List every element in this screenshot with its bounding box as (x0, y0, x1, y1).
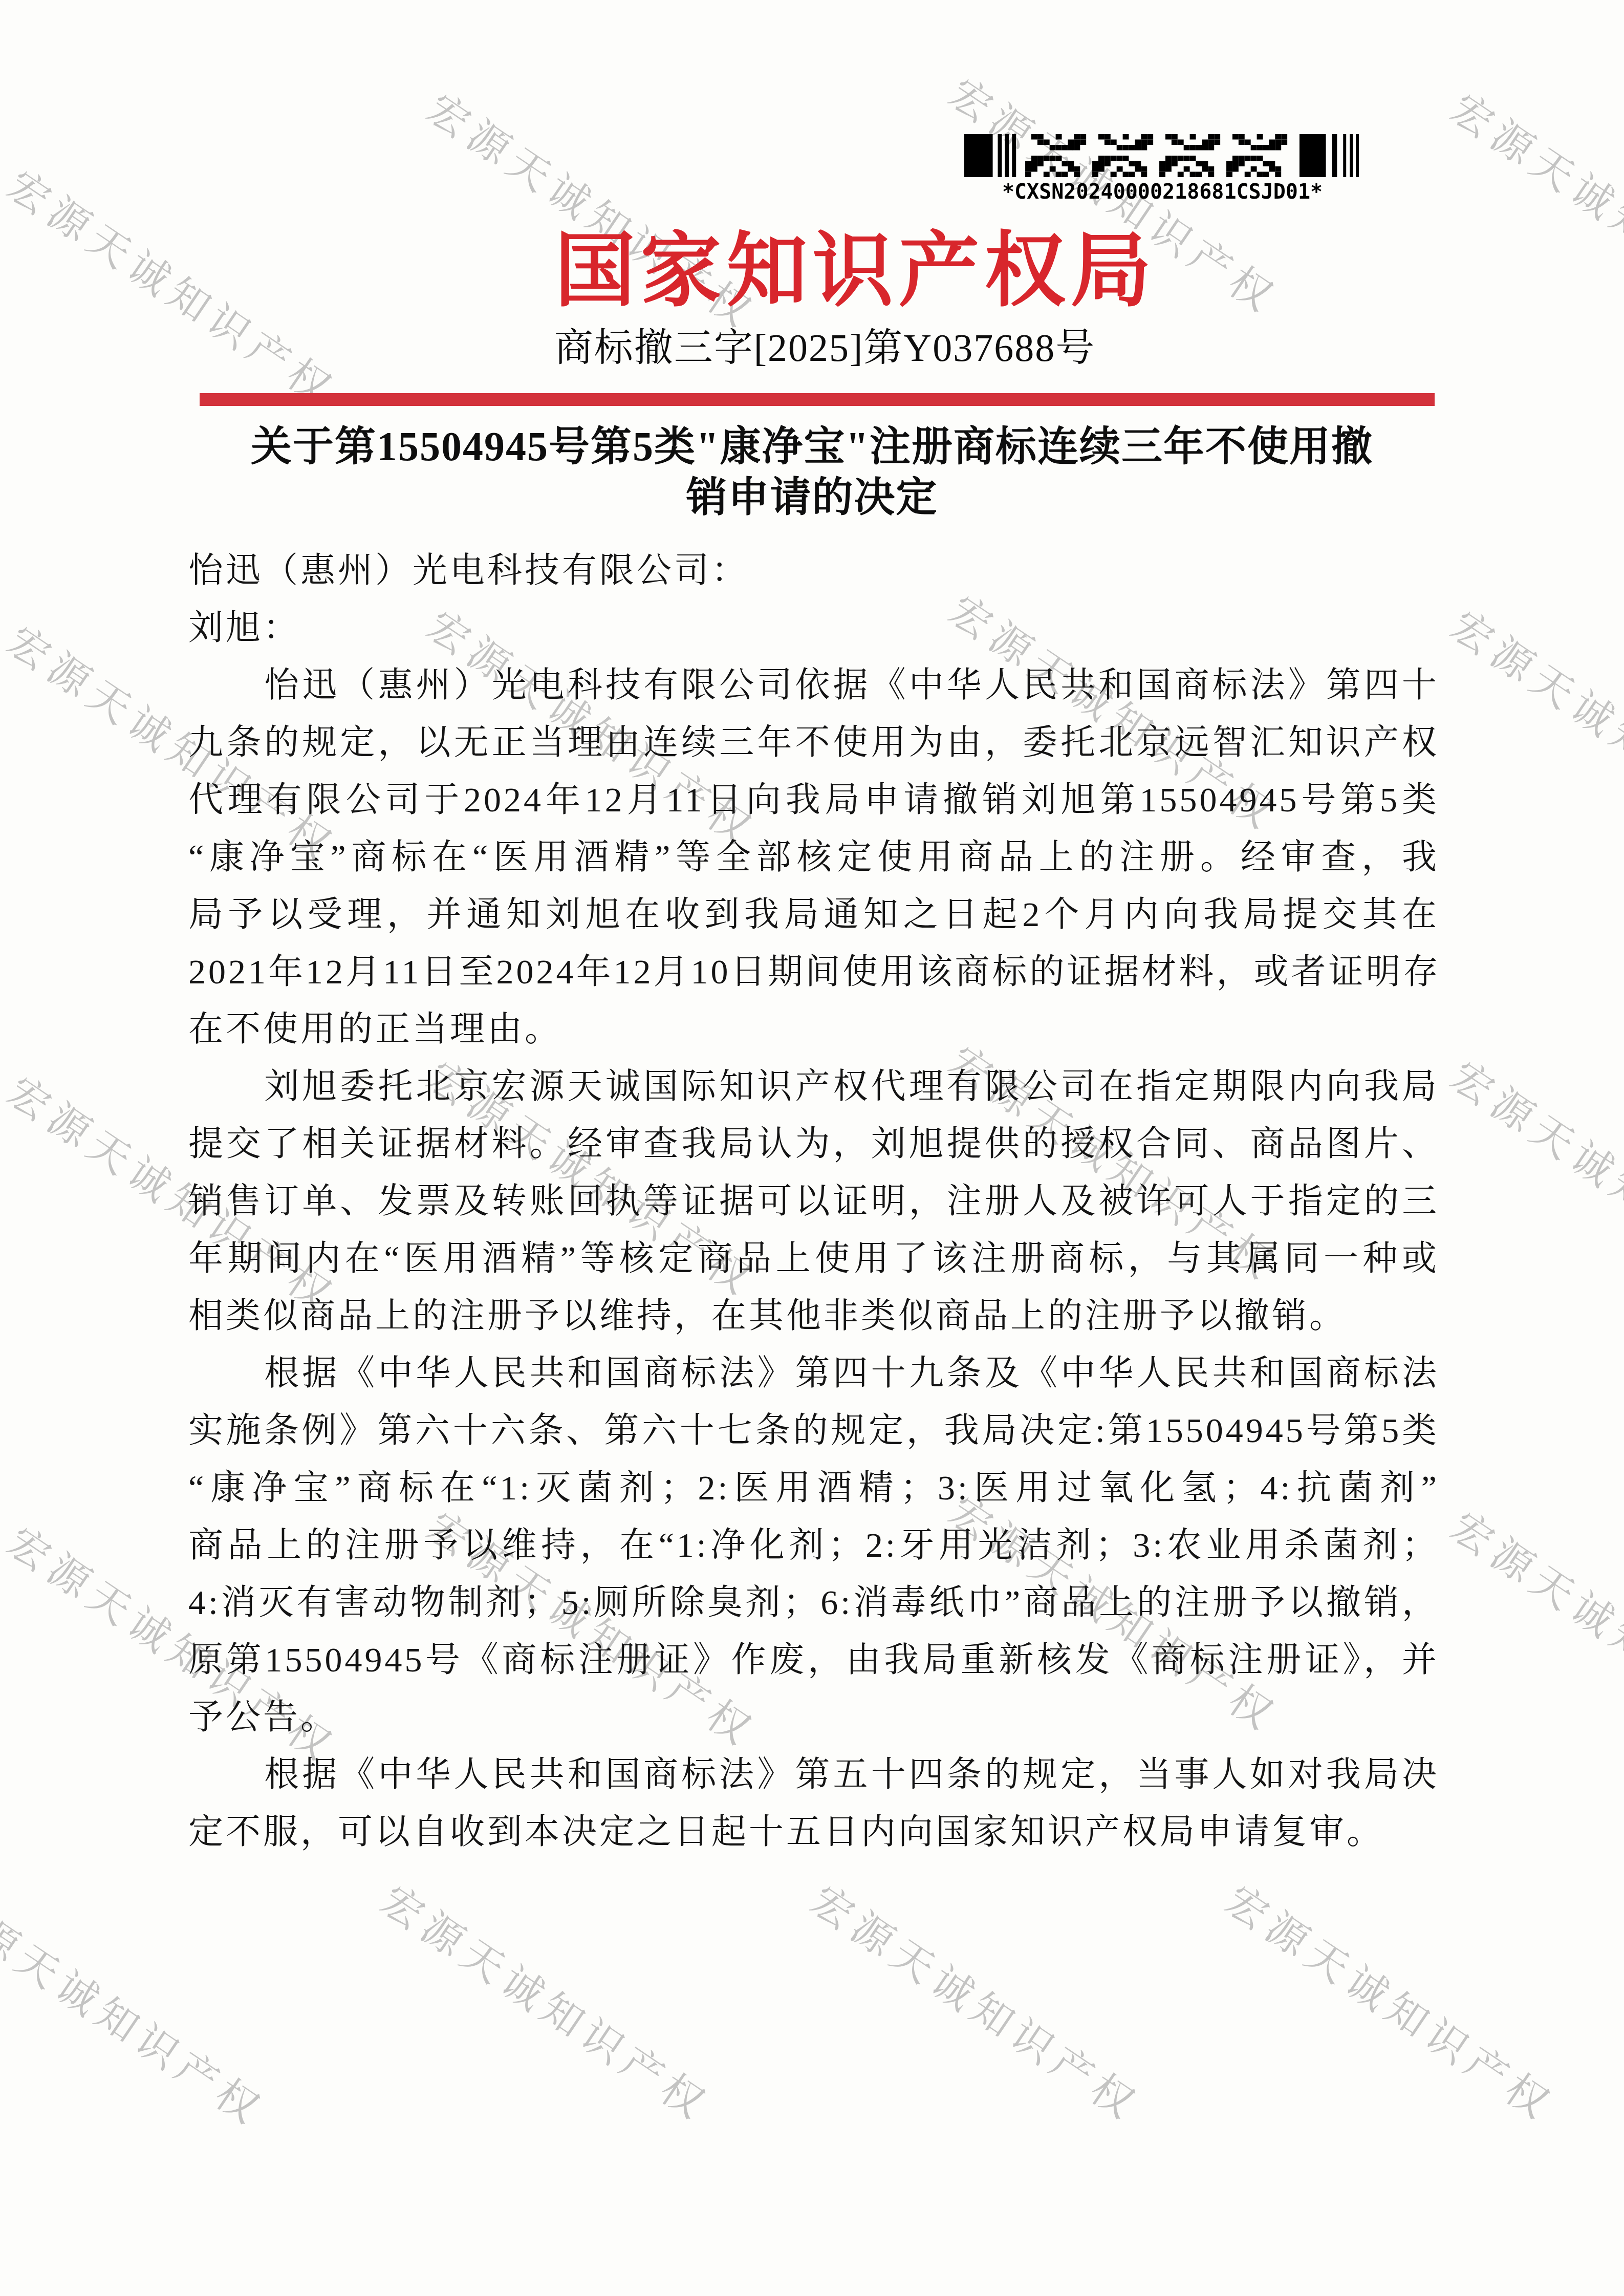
agency-title: 国家知识产权局 (44, 231, 1624, 312)
body-line: 原第15504945号《商标注册证》作废，由我局重新核发《商标注册证》，并 (188, 1631, 1439, 1688)
watermark-text: 宏源天诚知识产权 (0, 1874, 278, 2138)
body-line: 刘旭委托北京宏源天诚国际知识产权代理有限公司在指定期限内向我局 (188, 1058, 1439, 1115)
watermark-text: 宏源天诚知识产权 (802, 1869, 1154, 2133)
body-line: 4:消灭有害动物制剂；5:厕所除臭剂；6:消毒纸巾”商品上的注册予以撤销， (188, 1574, 1439, 1631)
subject-line-1: 关于第15504945号第5类"康净宝"注册商标连续三年不使用撤 (251, 424, 1373, 469)
recipient-line: 怡迅（惠州）光电科技有限公司： (188, 542, 1439, 599)
body-line: 根据《中华人民共和国商标法》第四十九条及《中华人民共和国商标法 (188, 1344, 1439, 1402)
body-line: 怡迅（惠州）光电科技有限公司依据《中华人民共和国商标法》第四十 (188, 656, 1439, 714)
watermark-text: 宏源天诚知识产权 (1441, 594, 1624, 858)
body-line: 予公告。 (188, 1688, 1439, 1746)
body-line: 根据《中华人民共和国商标法》第五十四条的规定，当事人如对我局决 (188, 1746, 1439, 1803)
document-body: 怡迅（惠州）光电科技有限公司： 刘旭： 怡迅（惠州）光电科技有限公司依据《中华人… (188, 542, 1439, 1860)
official-document-page: 宏源天诚知识产权宏源天诚知识产权宏源天诚知识产权宏源天诚知识产权宏源天诚知识产权… (0, 0, 1624, 2296)
body-line: 提交了相关证据材料。经审查我局认为，刘旭提供的授权合同、商品图片、 (188, 1115, 1439, 1172)
watermark-text: 宏源天诚知识产权 (1216, 1869, 1568, 2133)
doc-number: 商标撤三字[2025]第Y037688号 (13, 329, 1624, 368)
watermark-text: 宏源天诚知识产权 (1441, 1044, 1624, 1308)
body-line: 商品上的注册予以维持，在“1:净化剂；2:牙用光洁剂；3:农业用杀菌剂； (188, 1516, 1439, 1574)
body-line: “康净宝”商标在“医用酒精”等全部核定使用商品上的注册。经审查，我 (188, 828, 1439, 886)
body-line: 在不使用的正当理由。 (188, 1000, 1439, 1058)
subject-title: 关于第15504945号第5类"康净宝"注册商标连续三年不使用撤销申请的决定 (0, 422, 1624, 523)
body-line: 代理有限公司于2024年12月11日向我局申请撤销刘旭第15504945号第5类 (188, 771, 1439, 828)
barcode-icon (964, 134, 1360, 177)
body-line: 相类似商品上的注册予以维持，在其他非类似商品上的注册予以撤销。 (188, 1287, 1439, 1344)
body-line: 2021年12月11日至2024年12月10日期间使用该商标的证据材料，或者证明… (188, 943, 1439, 1000)
body-line: 实施条例》第六十六条、第六十七条的规定，我局决定:第15504945号第5类 (188, 1402, 1439, 1459)
watermark-text: 宏源天诚知识产权 (372, 1869, 724, 2133)
recipient-line: 刘旭： (188, 599, 1439, 656)
body-line: “康净宝”商标在“1:灭菌剂；2:医用酒精；3:医用过氧化氢；4:抗菌剂” (188, 1459, 1439, 1516)
body-line: 局予以受理，并通知刘旭在收到我局通知之日起2个月内向我局提交其在 (188, 886, 1439, 943)
barcode-text: *CXSN20240000218681CSJD01* (964, 180, 1360, 204)
red-divider-rule (200, 393, 1435, 406)
subject-line-2: 销申请的决定 (686, 475, 938, 520)
body-line: 年期间内在“医用酒精”等核定商品上使用了该注册商标，与其属同一种或 (188, 1230, 1439, 1287)
body-line: 销售订单、发票及转账回执等证据可以证明，注册人及被许可人于指定的三 (188, 1172, 1439, 1230)
barcode-block: *CXSN20240000218681CSJD01* (964, 134, 1360, 204)
watermark-text: 宏源天诚知识产权 (1441, 1495, 1624, 1759)
body-line: 九条的规定，以无正当理由连续三年不使用为由，委托北京远智汇知识产权 (188, 714, 1439, 771)
body-line: 定不服，可以自收到本决定之日起十五日内向国家知识产权局申请复审。 (188, 1803, 1439, 1860)
